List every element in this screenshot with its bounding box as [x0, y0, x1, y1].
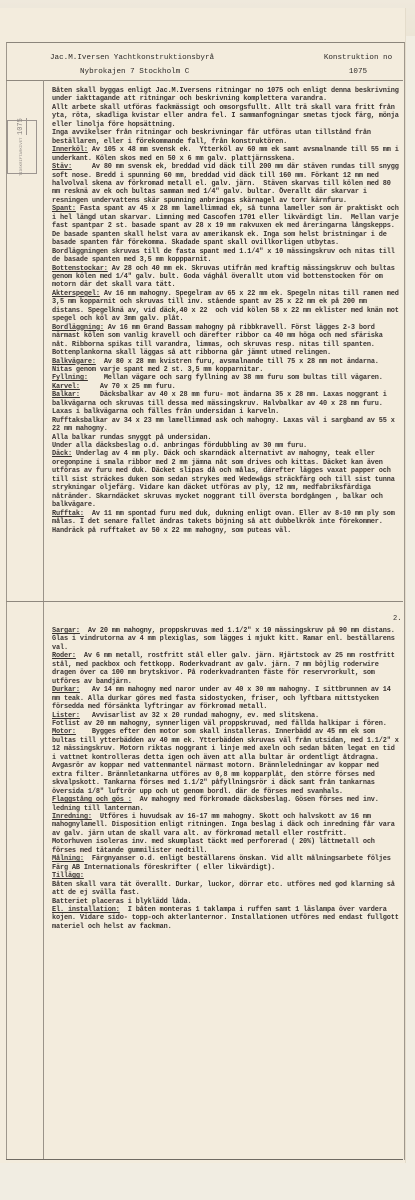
spec-section: Målning: Färgnyanser o.d. enligt beställ… [52, 855, 402, 872]
section-body: Av 6 mm metall, rostfritt stål eller gal… [52, 652, 399, 685]
section-heading: Motor: [52, 728, 76, 736]
section-body: Båten skall byggas enligt Jac.M.Iversens… [52, 87, 403, 146]
section-heading: Karvel: [52, 383, 80, 391]
spec-section: Flaggstång och gös : Av mahogny med förk… [52, 796, 402, 813]
section-body: Av 14 mm mahogny med naror under av 40 x… [52, 686, 395, 711]
spec-section: Durkar: Av 14 mm mahogny med naror under… [52, 686, 402, 711]
spec-section: Balkvägare: Av 80 x 28 mm kvistren furu,… [52, 358, 402, 375]
stamp-number: 1075 [17, 118, 27, 135]
spec-section: Sargar: Av 20 mm mahogny, proppskruvas m… [52, 627, 402, 652]
firm-header: Jac.M.Iversen Yachtkonstruktionsbyrå Nyb… [50, 51, 214, 79]
section-heading: Flaggstång och gös : [52, 796, 132, 804]
section-heading: Balkar: [52, 391, 80, 399]
spec-section: Båten skall byggas enligt Jac.M.Iversens… [52, 87, 402, 146]
section-heading: Fyllning: [52, 374, 88, 382]
section-body: Färgnyanser o.d. enligt beställarens öns… [52, 855, 395, 871]
firm-name: Jac.M.Iversen Yachtkonstruktionsbyrå [50, 51, 214, 65]
spec-section: Stäv: Av 80 mm svensk ek, breddad vid dä… [52, 163, 402, 205]
spec-section: Bordläggning: Av 16 mm Grand Bassam maho… [52, 324, 402, 358]
section-body: Av 80 mm svensk ek, breddad vid däck til… [52, 163, 403, 205]
section-body: Utföres i huvudsak av 16-17 mm mahogny. … [52, 813, 399, 855]
section-heading: El. installation: [52, 906, 120, 914]
spec-section: Fyllning: Mellan vägare och sarg fyllnin… [52, 374, 402, 382]
section-heading: Inredning: [52, 813, 92, 821]
construction-label: Konstruktion no [313, 51, 403, 65]
section-heading: Durkar: [52, 686, 80, 694]
spec-section: Rufftak: Av 11 mm spontad furu med duk, … [52, 510, 402, 535]
stamp-text: TIDSKRIFTARKIVET [20, 137, 24, 175]
section-heading: Stäv: [52, 163, 72, 171]
section-body: Bygges efter den motor som skall install… [52, 728, 403, 795]
spec-section: El. installation: I båten monteras 1 tak… [52, 906, 402, 931]
spec-section: Balkar: Däcksbalkar av 40 x 28 mm furu- … [52, 391, 402, 450]
section-body: Av 16 mm mahogny. Spegelram av 65 x 22 m… [52, 290, 403, 323]
spec-section: Lister: Avvisarlist av 32 x 20 rundad ma… [52, 712, 402, 729]
section-body: Däcksbalkar av 40 x 28 mm furu- mot ända… [52, 391, 399, 450]
section-body: Mellan vägare och sarg fyllning av 38 mm… [88, 374, 383, 382]
section-heading: Rufftak: [52, 510, 84, 518]
margin-line [43, 80, 44, 1160]
section-body: Av 105 x 48 mm svensk ek. Ytterköl av 60… [52, 146, 403, 162]
specification-page-2: Sargar: Av 20 mm mahogny, proppskruvas m… [52, 627, 402, 931]
header-divider [6, 80, 403, 81]
page-divider [6, 601, 403, 602]
spec-section: Bottenstockar: Av 28 och 40 mm ek. Skruv… [52, 265, 402, 290]
section-heading: Lister: [52, 712, 80, 720]
spec-section: Tillägg: Båten skall vara tät överallt. … [52, 872, 402, 906]
section-heading: Tillägg: [52, 872, 84, 880]
section-heading: Spant: [52, 205, 76, 213]
section-heading: Bottenstockar: [52, 265, 108, 273]
spec-section: Karvel: Av 70 x 25 mm furu. [52, 383, 402, 391]
section-body: Av 70 x 25 mm furu. [80, 383, 176, 391]
archive-stamp: TIDSKRIFTARKIVET 1075 [7, 120, 37, 174]
section-body: Av 20 mm mahogny, proppskruvas med 1.1/2… [52, 627, 399, 652]
section-heading: Sargar: [52, 627, 80, 635]
page-number: 2. [393, 615, 401, 623]
spec-section: Motor: Bygges efter den motor som skall … [52, 728, 402, 796]
section-heading: Målning: [52, 855, 84, 863]
bottom-border [6, 1159, 403, 1160]
construction-number: 1075 [313, 65, 403, 79]
section-body: Av 80 x 28 mm kvistren furu, avsmalnande… [52, 358, 383, 374]
section-heading: Innerköl: [52, 146, 88, 154]
section-heading: Däck: [52, 450, 72, 458]
section-body: Av 11 mm spontad furu med duk, dukning e… [52, 510, 399, 535]
spec-section: Spant: Fasta spant av 45 x 28 mm lamelli… [52, 205, 402, 264]
section-body: Avvisarlist av 32 x 20 rundad mahogny, e… [52, 712, 387, 728]
section-heading: Roder: [52, 652, 76, 660]
firm-address: Nybrokajen 7 Stockholm C [50, 65, 214, 79]
spec-section: Inredning: Utföres i huvudsak av 16-17 m… [52, 813, 402, 855]
spec-section: Innerköl: Av 105 x 48 mm svensk ek. Ytte… [52, 146, 402, 163]
section-body: Fasta spant av 45 x 28 mm lamellimmad ek… [52, 205, 403, 264]
section-heading: Balkvägare: [52, 358, 96, 366]
section-heading: Akterspegel: [52, 290, 100, 298]
spec-section: Akterspegel: Av 16 mm mahogny. Spegelram… [52, 290, 402, 324]
section-body: Underlag av 4 mm ply. Däck och skarndäck… [52, 450, 399, 509]
specification-page-1: Båten skall byggas enligt Jac.M.Iversens… [52, 87, 402, 535]
section-heading: Bordläggning: [52, 324, 104, 332]
spec-section: Roder: Av 6 mm metall, rostfritt stål el… [52, 652, 402, 686]
section-body: Båten skall vara tät överallt. Durkar, l… [52, 881, 399, 906]
spec-section: Däck: Underlag av 4 mm ply. Däck och ska… [52, 450, 402, 509]
construction-header: Konstruktion no 1075 [313, 51, 403, 79]
